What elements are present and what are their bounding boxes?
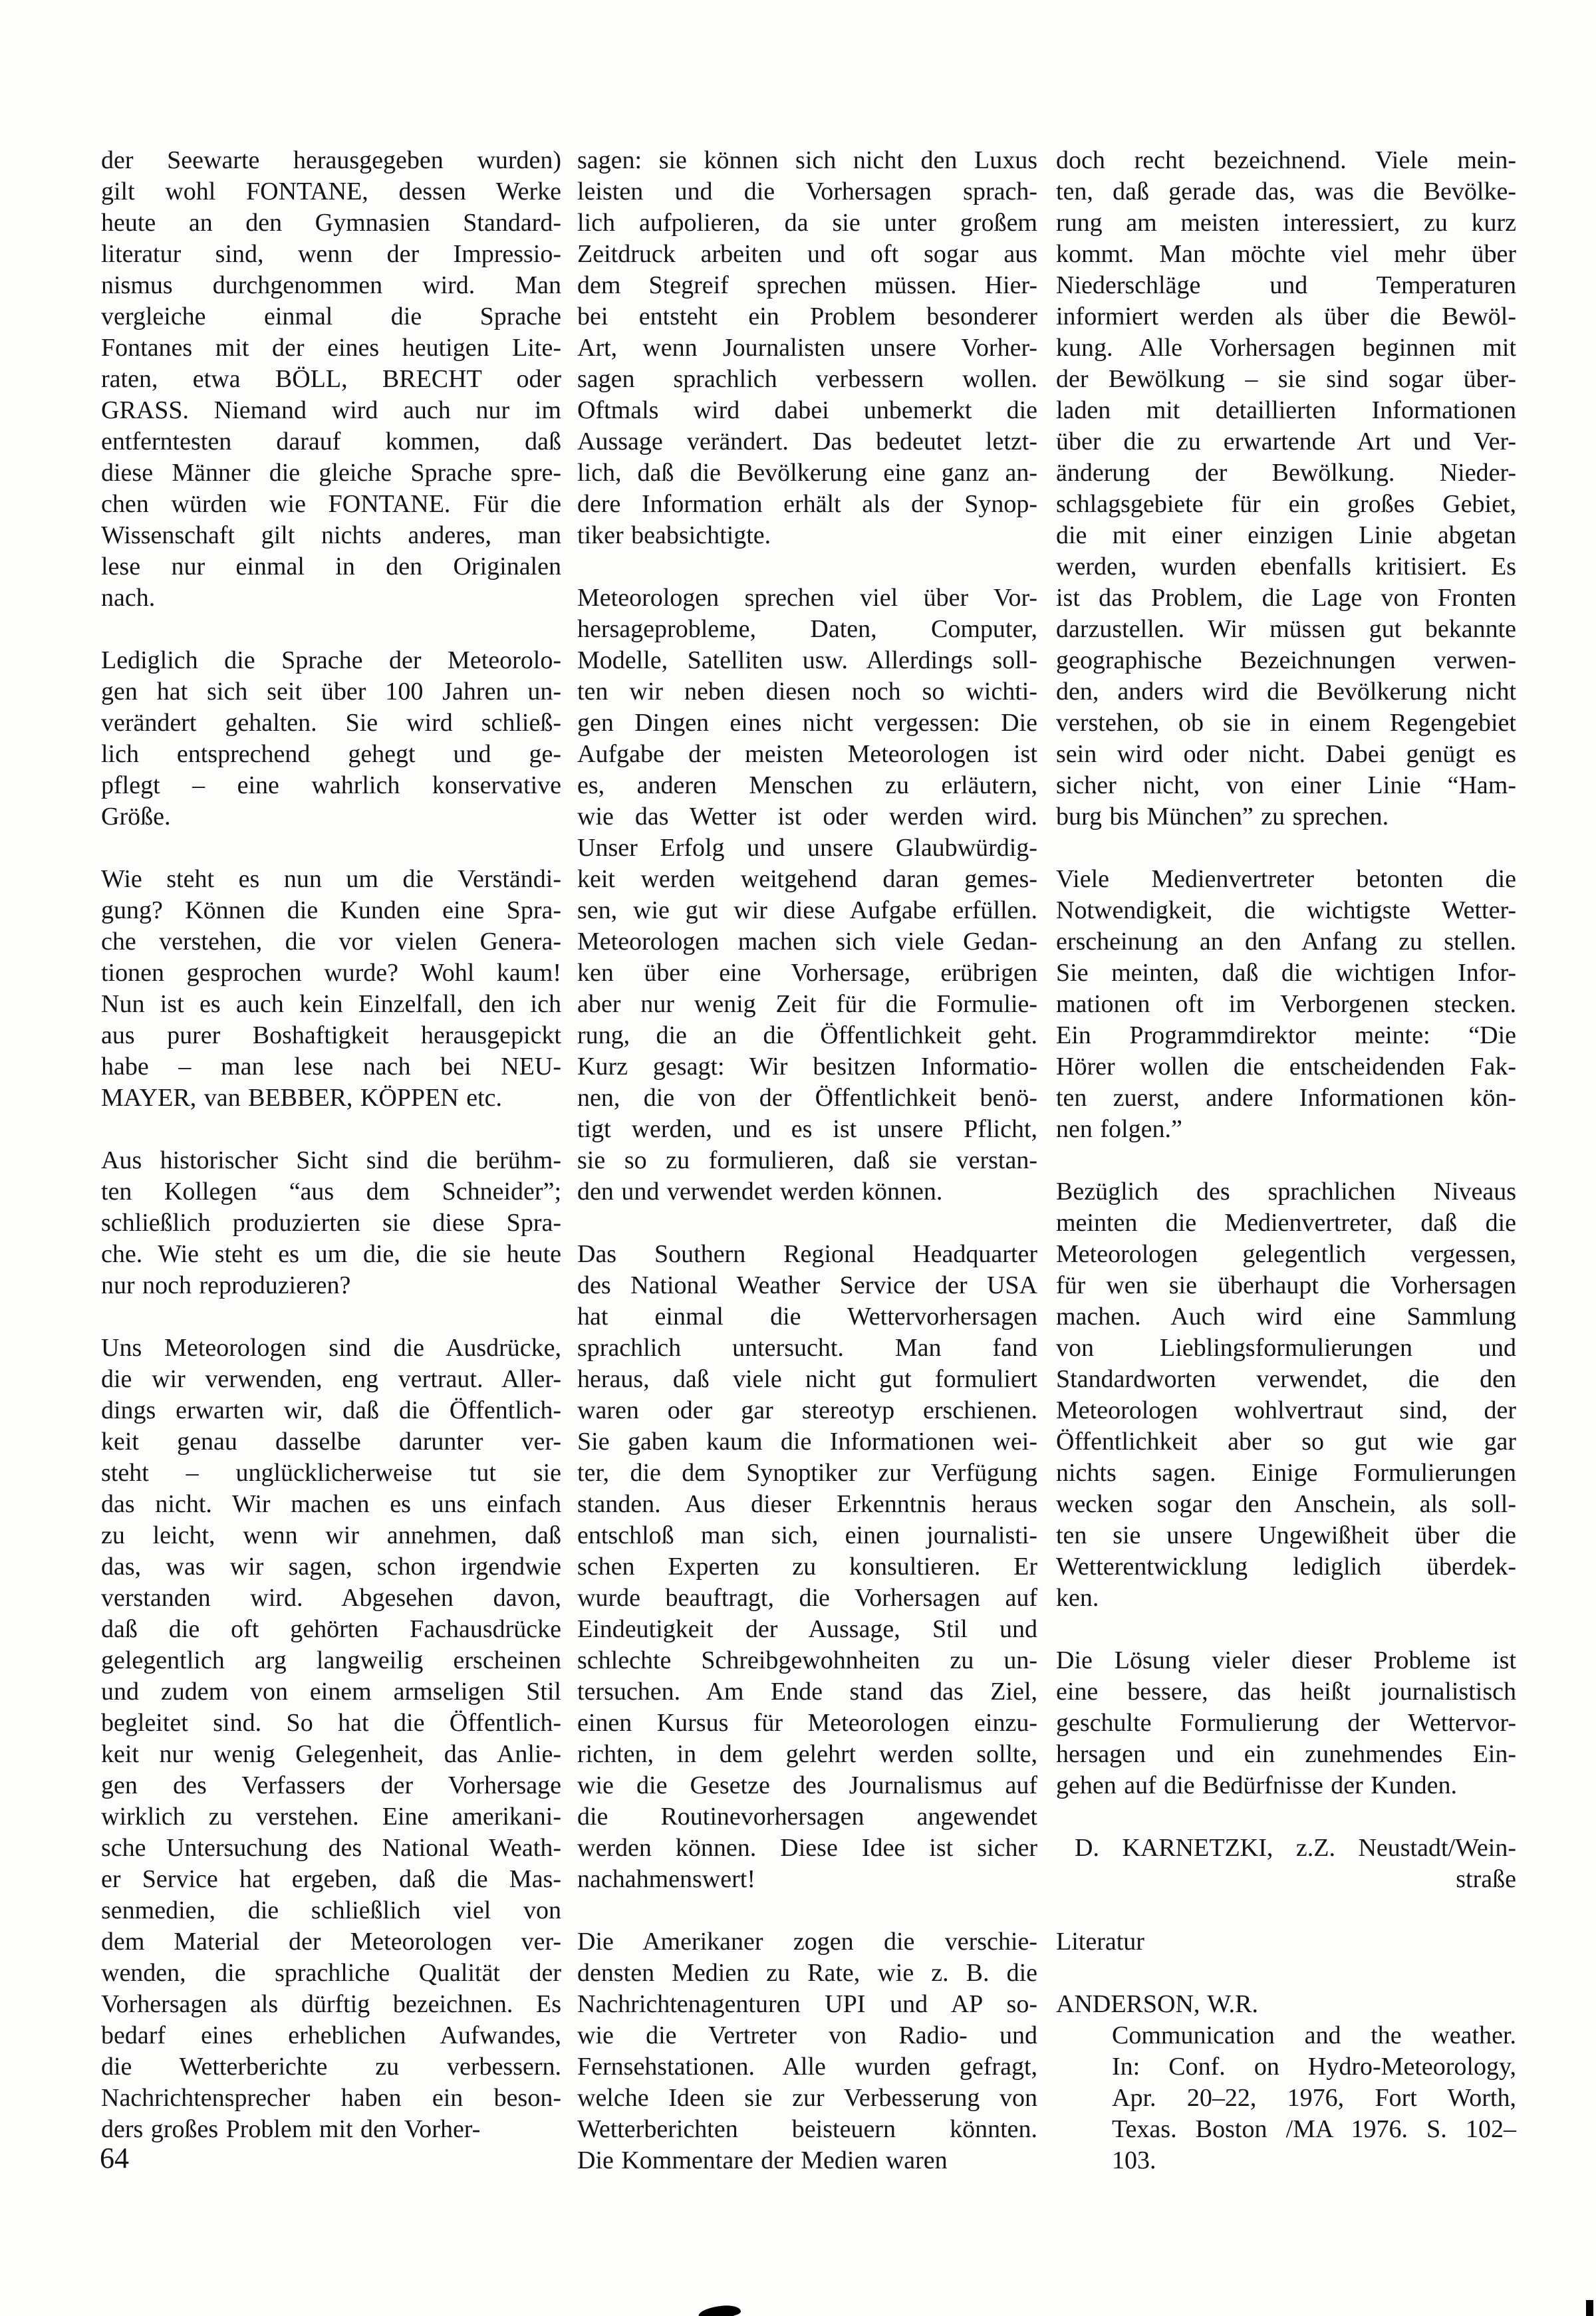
text-line: lich aufpolieren, da sie unter großem: [577, 207, 1037, 239]
text-column-3: doch recht bezeichnend. Viele mein-ten, …: [1056, 145, 1516, 2208]
text-line: keit nur wenig Gelegenheit, das Anlie-: [101, 1739, 561, 1770]
text-line: Meteorologen sprechen viel über Vor-: [577, 582, 1037, 614]
text-line: für wen sie überhaupt die Vorhersagen: [1056, 1270, 1516, 1301]
text-line: densten Medien zu Rate, wie z. B. die: [577, 1958, 1037, 1989]
text-line: schließlich produzierten sie diese Spra-: [101, 1208, 561, 1239]
text-line: verstanden wird. Abgesehen davon,: [101, 1583, 561, 1614]
text-line: geographische Bezeichnungen verwen-: [1056, 645, 1516, 676]
signature-block: D. KARNETZKI, z.Z. Neustadt/Wein-straße: [1056, 1833, 1516, 1895]
text-line: informiert werden als über die Bewöl-: [1056, 301, 1516, 332]
text-line: Die Amerikaner zogen die verschie-: [577, 1926, 1037, 1958]
text-line: wenden, die sprachliche Qualität der: [101, 1958, 561, 1989]
scanned-article-page: der Seewarte herausgegeben wurden)gilt w…: [0, 0, 1596, 2316]
text-line: und zudem von einem armseligen Stil: [101, 1676, 561, 1708]
text-line: Wissenschaft gilt nichts anderes, man: [101, 520, 561, 551]
text-line: tionen gesprochen wurde? Wohl kaum!: [101, 958, 561, 989]
text-line: ter, die dem Synoptiker zur Verfügung: [577, 1458, 1037, 1489]
text-line: sche Untersuchung des National Weath-: [101, 1833, 561, 1864]
text-line: Größe.: [101, 801, 561, 833]
text-line: dem Material der Meteorologen ver-: [101, 1926, 561, 1958]
text-line: Bezüglich des sprachlichen Niveaus: [1056, 1176, 1516, 1208]
text-line: meinten die Medienvertreter, daß die: [1056, 1208, 1516, 1239]
text-column-1: der Seewarte herausgegeben wurden)gilt w…: [101, 145, 561, 2176]
text-line: daß die oft gehörten Fachausdrücke: [101, 1614, 561, 1645]
text-line: Eindeutigkeit der Aussage, Stil und: [577, 1614, 1037, 1645]
text-line: ten, daß gerade das, was die Bevölke-: [1056, 176, 1516, 207]
text-line: wie die Vertreter von Radio- und: [577, 2020, 1037, 2051]
text-line: Nachrichtensprecher haben ein beson-: [101, 2083, 561, 2114]
text-line: Art, wenn Journalisten unsere Vorher-: [577, 332, 1037, 364]
text-line: lich entsprechend gehegt und ge-: [101, 739, 561, 770]
text-line: Literatur: [1056, 1926, 1516, 1958]
text-line: Das Southern Regional Headquarter: [577, 1239, 1037, 1270]
text-line: ders großes Problem mit den Vorher-: [101, 2114, 561, 2145]
text-line: sprachlich untersucht. Man fand: [577, 1333, 1037, 1364]
text-line: sagen: sie können sich nicht den Luxus: [577, 145, 1037, 176]
text-line: Fontanes mit der eines heutigen Lite-: [101, 332, 561, 364]
page-number: 64: [100, 2142, 129, 2174]
reference-block: ANDERSON, W.R.Communication and the weat…: [1056, 1989, 1516, 2176]
text-line: sein wird oder nicht. Dabei genügt es: [1056, 739, 1516, 770]
text-line: keit werden weitgehend daran gemes-: [577, 864, 1037, 895]
text-line: gehen auf die Bedürfnisse der Kunden.: [1056, 1770, 1516, 1801]
text-line: entschloß man sich, einen journalisti-: [577, 1520, 1037, 1551]
text-line: kommt. Man möchte viel mehr über: [1056, 239, 1516, 270]
text-line: hat einmal die Wettervorhersagen: [577, 1301, 1037, 1333]
text-line: Die Kommentare der Medien waren: [577, 2145, 1037, 2176]
text-line: verstehen, ob sie in einem Regengebiet: [1056, 708, 1516, 739]
text-line: lich, daß die Bevölkerung eine ganz an-: [577, 457, 1037, 489]
text-line: werden, wurden ebenfalls kritisiert. Es: [1056, 551, 1516, 582]
text-line: von Lieblingsformulierungen und: [1056, 1333, 1516, 1364]
text-line: wie das Wetter ist oder werden wird.: [577, 801, 1037, 833]
text-line: Meteorologen wohlvertraut sind, der: [1056, 1395, 1516, 1426]
text-line: Meteorologen machen sich viele Gedan-: [577, 926, 1037, 958]
text-line: der Bewölkung – sie sind sogar über-: [1056, 364, 1516, 395]
text-line: den und verwendet werden können.: [577, 1176, 1037, 1208]
text-line: sicher nicht, von einer Linie “Ham-: [1056, 770, 1516, 801]
text-line: mationen oft im Verborgenen stecken.: [1056, 989, 1516, 1020]
text-line: Modelle, Satelliten usw. Allerdings soll…: [577, 645, 1037, 676]
text-line: nur noch reproduzieren?: [101, 1270, 561, 1301]
text-line: wie die Gesetze des Journalismus auf: [577, 1770, 1037, 1801]
text-line: ten sie unsere Ungewißheit über die: [1056, 1520, 1516, 1551]
text-line: 103.: [1056, 2145, 1516, 2176]
text-line: kung. Alle Vorhersagen beginnen mit: [1056, 332, 1516, 364]
text-line: zu leicht, wenn wir annehmen, daß: [101, 1520, 561, 1551]
text-line: rung, die an die Öffentlichkeit geht.: [577, 1020, 1037, 1051]
text-line: tigt werden, und es ist unsere Pflicht,: [577, 1114, 1037, 1145]
text-line: Wetterentwicklung lediglich überdek-: [1056, 1551, 1516, 1583]
text-line: keit genau dasselbe darunter ver-: [101, 1426, 561, 1458]
paragraph: Wie steht es nun um die Verständi-gung? …: [101, 864, 561, 1114]
text-line: gung? Können die Kunden eine Spra-: [101, 895, 561, 926]
text-line: Sie meinten, daß die wichtigen Infor-: [1056, 958, 1516, 989]
paragraph: doch recht bezeichnend. Viele mein-ten, …: [1056, 145, 1516, 833]
text-line: heute an den Gymnasien Standard-: [101, 207, 561, 239]
text-line: sagen sprachlich verbessern wollen.: [577, 364, 1037, 395]
text-line: nachahmenswert!: [577, 1864, 1037, 1895]
text-line: straße: [1056, 1864, 1516, 1895]
text-line: heraus, daß viele nicht gut formuliert: [577, 1364, 1037, 1395]
text-line: literatur sind, wenn der Impressio-: [101, 239, 561, 270]
paragraph: Aus historischer Sicht sind die berühm-t…: [101, 1145, 561, 1301]
text-line: das nicht. Wir machen es uns einfach: [101, 1489, 561, 1520]
text-line: D. KARNETZKI, z.Z. Neustadt/Wein-: [1056, 1833, 1516, 1864]
text-line: dings erwarten wir, daß die Öffentlich-: [101, 1395, 561, 1426]
text-line: werden können. Diese Idee ist sicher: [577, 1833, 1037, 1864]
text-line: ten Kollegen “aus dem Schneider”;: [101, 1176, 561, 1208]
text-line: Notwendigkeit, die wichtigste Wetter-: [1056, 895, 1516, 926]
text-line: dere Information erhält als der Synop-: [577, 489, 1037, 520]
text-line: doch recht bezeichnend. Viele mein-: [1056, 145, 1516, 176]
text-line: er Service hat ergeben, daß die Mas-: [101, 1864, 561, 1895]
text-line: ANDERSON, W.R.: [1056, 1989, 1516, 2020]
text-line: Aufgabe der meisten Meteorologen ist: [577, 739, 1037, 770]
text-line: tersuchen. Am Ende stand das Ziel,: [577, 1676, 1037, 1708]
text-line: es, anderen Menschen zu erläutern,: [577, 770, 1037, 801]
text-line: Lediglich die Sprache der Meteorolo-: [101, 645, 561, 676]
text-line: die wir verwenden, eng vertraut. Aller-: [101, 1364, 561, 1395]
text-line: wurde beauftragt, die Vorhersagen auf: [577, 1583, 1037, 1614]
text-line: gilt wohl FONTANE, dessen Werke: [101, 176, 561, 207]
text-line: machen. Auch wird eine Sammlung: [1056, 1301, 1516, 1333]
text-line: gen des Verfassers der Vorhersage: [101, 1770, 561, 1801]
text-line: nichts sagen. Einige Formulierungen: [1056, 1458, 1516, 1489]
text-line: aus purer Boshaftigkeit herausgepickt: [101, 1020, 561, 1051]
text-line: Oftmals wird dabei unbemerkt die: [577, 395, 1037, 426]
paragraph: Das Southern Regional Headquarterdes Nat…: [577, 1239, 1037, 1895]
text-line: Sie gaben kaum die Informationen wei-: [577, 1426, 1037, 1458]
text-line: darzustellen. Wir müssen gut bekannte: [1056, 614, 1516, 645]
text-line: lese nur einmal in den Originalen: [101, 551, 561, 582]
text-line: raten, etwa BÖLL, BRECHT oder: [101, 364, 561, 395]
text-line: Aussage verändert. Das bedeutet letzt-: [577, 426, 1037, 457]
text-line: hersageprobleme, Daten, Computer,: [577, 614, 1037, 645]
text-line: rung am meisten interessiert, zu kurz: [1056, 207, 1516, 239]
text-line: Apr. 20–22, 1976, Fort Worth,: [1056, 2083, 1516, 2114]
text-line: bei entsteht ein Problem besonderer: [577, 301, 1037, 332]
text-line: nen, die von der Öffentlichkeit benö-: [577, 1083, 1037, 1114]
text-line: ist das Problem, die Lage von Fronten: [1056, 582, 1516, 614]
text-line: hersagen und ein zunehmendes Ein-: [1056, 1739, 1516, 1770]
text-line: gen Dingen eines nicht vergessen: Die: [577, 708, 1037, 739]
text-line: schlagsgebiete für ein großes Gebiet,: [1056, 489, 1516, 520]
paragraph: Lediglich die Sprache der Meteorolo-gen …: [101, 645, 561, 833]
paragraph: Viele Medienvertreter betonten dieNotwen…: [1056, 864, 1516, 1145]
text-line: aber nur wenig Zeit für die Formulie-: [577, 989, 1037, 1020]
text-line: chen würden wie FONTANE. Für die: [101, 489, 561, 520]
text-line: ken über eine Vorhersage, erübrigen: [577, 958, 1037, 989]
text-line: vergleiche einmal die Sprache: [101, 301, 561, 332]
ink-smudge: [698, 2304, 741, 2316]
text-line: verändert gehalten. Sie wird schließ-: [101, 708, 561, 739]
text-line: die Wetterberichte zu verbessern.: [101, 2051, 561, 2083]
text-line: nen folgen.”: [1056, 1114, 1516, 1145]
text-line: Aus historischer Sicht sind die berühm-: [101, 1145, 561, 1176]
page-edge-mark: [1586, 2300, 1593, 2316]
text-line: leisten und die Vorhersagen sprach-: [577, 176, 1037, 207]
heading-block: Literatur: [1056, 1926, 1516, 1958]
text-line: Zeitdruck arbeiten und oft sogar aus: [577, 239, 1037, 270]
text-line: laden mit detaillierten Informationen: [1056, 395, 1516, 426]
text-line: Fernsehstationen. Alle wurden gefragt,: [577, 2051, 1037, 2083]
text-line: Viele Medienvertreter betonten die: [1056, 864, 1516, 895]
text-line: Uns Meteorologen sind die Ausdrücke,: [101, 1333, 561, 1364]
text-line: sie so zu formulieren, daß sie verstan-: [577, 1145, 1037, 1176]
paragraph: Bezüglich des sprachlichen Niveausmeinte…: [1056, 1176, 1516, 1614]
text-line: Wie steht es nun um die Verständi-: [101, 864, 561, 895]
text-line: GRASS. Niemand wird auch nur im: [101, 395, 561, 426]
paragraph: Die Lösung vieler dieser Probleme istein…: [1056, 1645, 1516, 1801]
text-column-2: sagen: sie können sich nicht den Luxusle…: [577, 145, 1037, 2208]
paragraph: sagen: sie können sich nicht den Luxusle…: [577, 145, 1037, 551]
text-line: ten wir neben diesen noch so wichti-: [577, 676, 1037, 708]
paragraph: Meteorologen sprechen viel über Vor-hers…: [577, 582, 1037, 1208]
text-line: In: Conf. on Hydro-Meteorology,: [1056, 2051, 1516, 2083]
text-line: erscheinung an den Anfang zu stellen.: [1056, 926, 1516, 958]
text-line: gelegentlich arg langweilig erscheinen: [101, 1645, 561, 1676]
text-line: das, was wir sagen, schon irgendwie: [101, 1551, 561, 1583]
paragraph: Die Amerikaner zogen die verschie-denste…: [577, 1926, 1037, 2176]
text-line: wirklich zu verstehen. Eine amerikani-: [101, 1801, 561, 1833]
text-line: Meteorologen gelegentlich vergessen,: [1056, 1239, 1516, 1270]
text-line: Texas. Boston /MA 1976. S. 102–: [1056, 2114, 1516, 2145]
text-line: senmedien, die schließlich viel von: [101, 1895, 561, 1926]
text-line: einen Kursus für Meteorologen einzu-: [577, 1708, 1037, 1739]
text-line: ten zuerst, andere Informationen kön-: [1056, 1083, 1516, 1114]
text-line: Unser Erfolg und unsere Glaubwürdig-: [577, 833, 1037, 864]
text-line: welche Ideen sie zur Verbesserung von: [577, 2083, 1037, 2114]
text-line: schlechte Schreibgewohnheiten zu un-: [577, 1645, 1037, 1676]
text-line: Nun ist es auch kein Einzelfall, den ich: [101, 989, 561, 1020]
text-line: änderung der Bewölkung. Nieder-: [1056, 457, 1516, 489]
text-line: habe – man lese nach bei NEU-: [101, 1051, 561, 1083]
text-line: die mit einer einzigen Linie abgetan: [1056, 520, 1516, 551]
text-line: nismus durchgenommen wird. Man: [101, 270, 561, 301]
text-line: des National Weather Service der USA: [577, 1270, 1037, 1301]
text-line: geschulte Formulierung der Wettervor-: [1056, 1708, 1516, 1739]
text-line: gen hat sich seit über 100 Jahren un-: [101, 676, 561, 708]
text-line: den, anders wird die Bevölkerung nicht: [1056, 676, 1516, 708]
text-line: Ein Programmdirektor meinte: “Die: [1056, 1020, 1516, 1051]
text-line: die Routinevorhersagen angewendet: [577, 1801, 1037, 1833]
paragraph: Uns Meteorologen sind die Ausdrücke,die …: [101, 1333, 561, 2145]
text-line: richten, in dem gelehrt werden sollte,: [577, 1739, 1037, 1770]
text-line: che verstehen, die vor vielen Genera-: [101, 926, 561, 958]
text-line: che. Wie steht es um die, die sie heute: [101, 1239, 561, 1270]
text-line: burg bis München” zu sprechen.: [1056, 801, 1516, 833]
text-line: Communication and the weather.: [1056, 2020, 1516, 2051]
text-line: eine bessere, das heißt journalistisch: [1056, 1676, 1516, 1708]
text-line: pflegt – eine wahrlich konservative: [101, 770, 561, 801]
text-line: Wetterberichten beisteuern könnten.: [577, 2114, 1037, 2145]
text-line: wecken sogar den Anschein, als soll-: [1056, 1489, 1516, 1520]
text-line: entferntesten darauf kommen, daß: [101, 426, 561, 457]
text-line: tiker beabsichtigte.: [577, 520, 1037, 551]
text-line: ken.: [1056, 1583, 1516, 1614]
text-line: Kurz gesagt: Wir besitzen Informatio-: [577, 1051, 1037, 1083]
text-line: steht – unglücklicherweise tut sie: [101, 1458, 561, 1489]
text-line: Vorhersagen als dürftig bezeichnen. Es: [101, 1989, 561, 2020]
text-line: bedarf eines erheblichen Aufwandes,: [101, 2020, 561, 2051]
text-line: sen, wie gut wir diese Aufgabe erfüllen.: [577, 895, 1037, 926]
paragraph: der Seewarte herausgegeben wurden)gilt w…: [101, 145, 561, 614]
text-line: waren oder gar stereotyp erschienen.: [577, 1395, 1037, 1426]
text-line: über die zu erwartende Art und Ver-: [1056, 426, 1516, 457]
text-line: der Seewarte herausgegeben wurden): [101, 145, 561, 176]
text-line: nach.: [101, 582, 561, 614]
text-line: schen Experten zu konsultieren. Er: [577, 1551, 1037, 1583]
text-line: MAYER, van BEBBER, KÖPPEN etc.: [101, 1083, 561, 1114]
text-line: diese Männer die gleiche Sprache spre-: [101, 457, 561, 489]
text-line: Standardworten verwendet, die den: [1056, 1364, 1516, 1395]
text-line: Nachrichtenagenturen UPI und AP so-: [577, 1989, 1037, 2020]
text-line: begleitet sind. So hat die Öffentlich-: [101, 1708, 561, 1739]
text-line: Die Lösung vieler dieser Probleme ist: [1056, 1645, 1516, 1676]
text-line: Öffentlichkeit aber so gut wie gar: [1056, 1426, 1516, 1458]
text-line: Niederschläge und Temperaturen: [1056, 270, 1516, 301]
text-line: dem Stegreif sprechen müssen. Hier-: [577, 270, 1037, 301]
text-line: Hörer wollen die entscheidenden Fak-: [1056, 1051, 1516, 1083]
text-line: standen. Aus dieser Erkenntnis heraus: [577, 1489, 1037, 1520]
